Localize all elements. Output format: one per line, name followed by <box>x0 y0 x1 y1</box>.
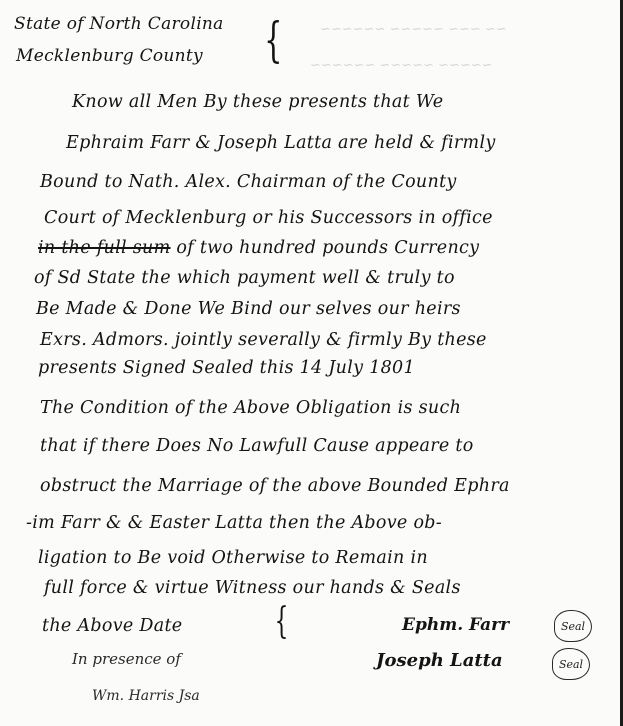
body-line-4: Court of Mecklenburg or his Successors i… <box>44 208 493 228</box>
scanned-document-page: ~~ ~~~ ~~~~~ ~~~~~~ ~~~~~ ~~~~~ ~~~~~~ S… <box>0 0 623 726</box>
body-line-6: of Sd State the which payment well & tru… <box>34 268 455 288</box>
closing-brace: { <box>275 604 289 640</box>
witness-name: Wm. Harris Jsa <box>92 688 200 704</box>
body-line-8: Exrs. Admors. jointly severally & firmly… <box>40 330 487 350</box>
body-line-14: ligation to Be void Otherwise to Remain … <box>38 548 428 568</box>
body-line-2: Ephraim Farr & Joseph Latta are held & f… <box>66 133 496 153</box>
header-state: State of North Carolina <box>14 14 224 34</box>
struck-text: in the full sum <box>38 238 171 258</box>
body-line-10: The Condition of the Above Obligation is… <box>40 398 461 418</box>
body-line-1: Know all Men By these presents that We <box>72 92 443 112</box>
header-county: Mecklenburg County <box>16 46 203 66</box>
body-line-7: Be Made & Done We Bind our selves our he… <box>36 299 461 319</box>
body-line-9: presents Signed Sealed this 14 July 1801 <box>38 358 415 378</box>
body-line-5: in the full sum of two hundred pounds Cu… <box>38 238 479 258</box>
signature-ephraim-farr: Ephm. Farr <box>402 615 509 635</box>
seal-1: Seal <box>554 610 592 642</box>
body-line-11: that if there Does No Lawfull Cause appe… <box>40 436 474 456</box>
signature-joseph-latta: Joseph Latta <box>376 650 503 671</box>
body-line-16: the Above Date <box>42 616 182 636</box>
body-line-15: full force & virtue Witness our hands & … <box>44 578 461 598</box>
bleed-through-text: ~~~~~ ~~~~~ ~~~~~~ <box>310 58 493 73</box>
witness-label: In presence of <box>72 650 181 668</box>
seal-2: Seal <box>552 648 590 680</box>
body-line-12: obstruct the Marriage of the above Bound… <box>40 476 510 496</box>
bleed-through-text: ~~ ~~~ ~~~~~ ~~~~~~ <box>320 22 507 37</box>
body-line-3: Bound to Nath. Alex. Chairman of the Cou… <box>40 172 457 192</box>
body-line-13: -im Farr & & Easter Latta then the Above… <box>26 513 442 533</box>
header-brace: { <box>264 16 282 64</box>
